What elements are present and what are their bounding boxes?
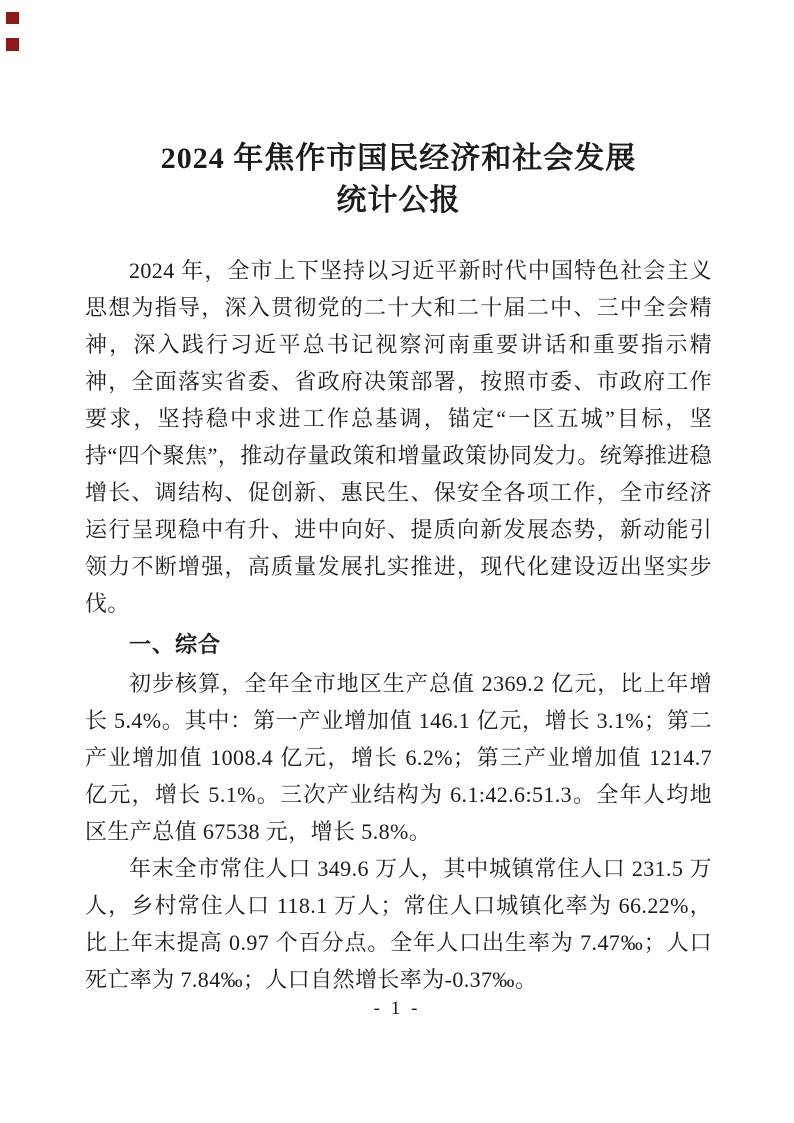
section1-paragraph-population: 年末全市常住人口 349.6 万人，其中城镇常住人口 231.5 万人，乡村常住… xyxy=(85,850,712,998)
document-page: 2024 年焦作市国民经济和社会发展 统计公报 2024 年，全市上下坚持以习近… xyxy=(0,138,794,998)
intro-paragraph: 2024 年，全市上下坚持以习近平新时代中国特色社会主义思想为指导，深入贯彻党的… xyxy=(85,252,712,622)
document-title-line2: 统计公报 xyxy=(91,180,706,222)
document-title-line1: 2024 年焦作市国民经济和社会发展 xyxy=(91,138,706,180)
section1-paragraph-gdp: 初步核算，全年全市地区生产总值 2369.2 亿元，比上年增长 5.4%。其中：… xyxy=(85,665,712,850)
document-body: 2024 年，全市上下坚持以习近平新时代中国特色社会主义思想为指导，深入贯彻党的… xyxy=(85,252,712,998)
page-number: - 1 - xyxy=(0,998,794,1020)
document-title: 2024 年焦作市国民经济和社会发展 统计公报 xyxy=(91,138,706,222)
red-corner-mark-bottom xyxy=(6,38,19,51)
section-heading-1: 一、综合 xyxy=(85,626,712,663)
red-corner-mark-top xyxy=(6,12,19,24)
